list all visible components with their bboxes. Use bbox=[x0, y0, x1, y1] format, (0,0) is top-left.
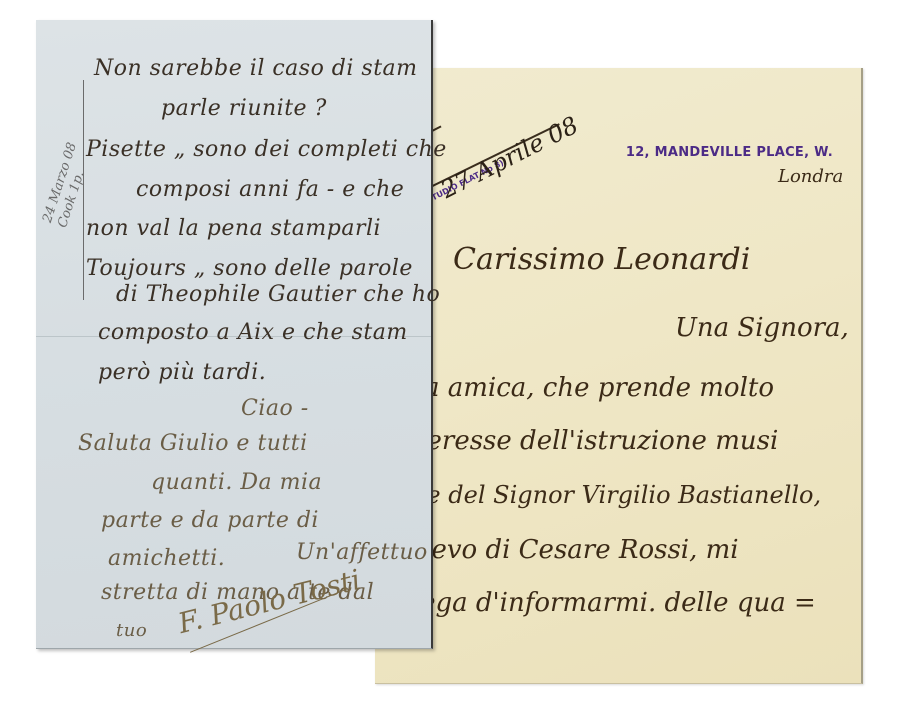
right-letter-sheet: STUDIO FLAT No 8) 27 Aprile 08 12, MANDE… bbox=[375, 68, 863, 684]
letter-line: tuo bbox=[116, 620, 147, 641]
letter-line: interesse dell'istruzione musi bbox=[391, 426, 778, 456]
letter-line: parle riunite ? bbox=[161, 96, 327, 121]
letter-line: cale del Signor Virgilio Bastianello, bbox=[391, 481, 821, 509]
letter-line: amichetti. bbox=[108, 546, 225, 571]
letter-line: Non sarebbe il caso di stam bbox=[94, 56, 418, 81]
letter-line: non val la pena stamparli bbox=[86, 216, 381, 241]
letter-line: composi anni fa - e che bbox=[136, 177, 404, 202]
letter-line: Saluta Giulio e tutti bbox=[78, 431, 308, 456]
letter-line: Toujours „ sono delle parole bbox=[86, 256, 413, 281]
letter-line: allievo di Cesare Rossi, mi bbox=[391, 535, 739, 565]
letter-line: composto a Aix e che stam bbox=[98, 320, 408, 345]
letter-line: di Theophile Gautier che ho bbox=[116, 282, 440, 307]
letterhead-city: Londra bbox=[778, 166, 843, 187]
letter-line: quanti. Da mia bbox=[151, 470, 322, 495]
signature: F. Paolo Tosti bbox=[175, 563, 364, 640]
letter-line: Un'affettuo bbox=[296, 540, 428, 565]
letter-line: però più tardi. bbox=[98, 360, 266, 385]
letter-line: Pisette „ sono dei completi che bbox=[86, 137, 447, 162]
letterhead-address: 12, MANDEVILLE PLACE, W. bbox=[626, 145, 833, 160]
letter-line: mia amica, che prende molto bbox=[391, 373, 774, 403]
letter-line: prega d'informarmi. delle qua = bbox=[391, 588, 816, 618]
letter-line: parte e da parte di bbox=[101, 508, 319, 533]
letter-line: Una Signora, bbox=[675, 313, 849, 343]
letter-date: 27 Aprile 08 bbox=[436, 111, 582, 204]
left-letter-sheet: 24 Marzo 08 Cook 1p. Non sarebbe il caso… bbox=[36, 20, 433, 649]
salutation: Carissimo Leonardi bbox=[453, 242, 750, 277]
letter-line: Ciao - bbox=[241, 396, 309, 421]
